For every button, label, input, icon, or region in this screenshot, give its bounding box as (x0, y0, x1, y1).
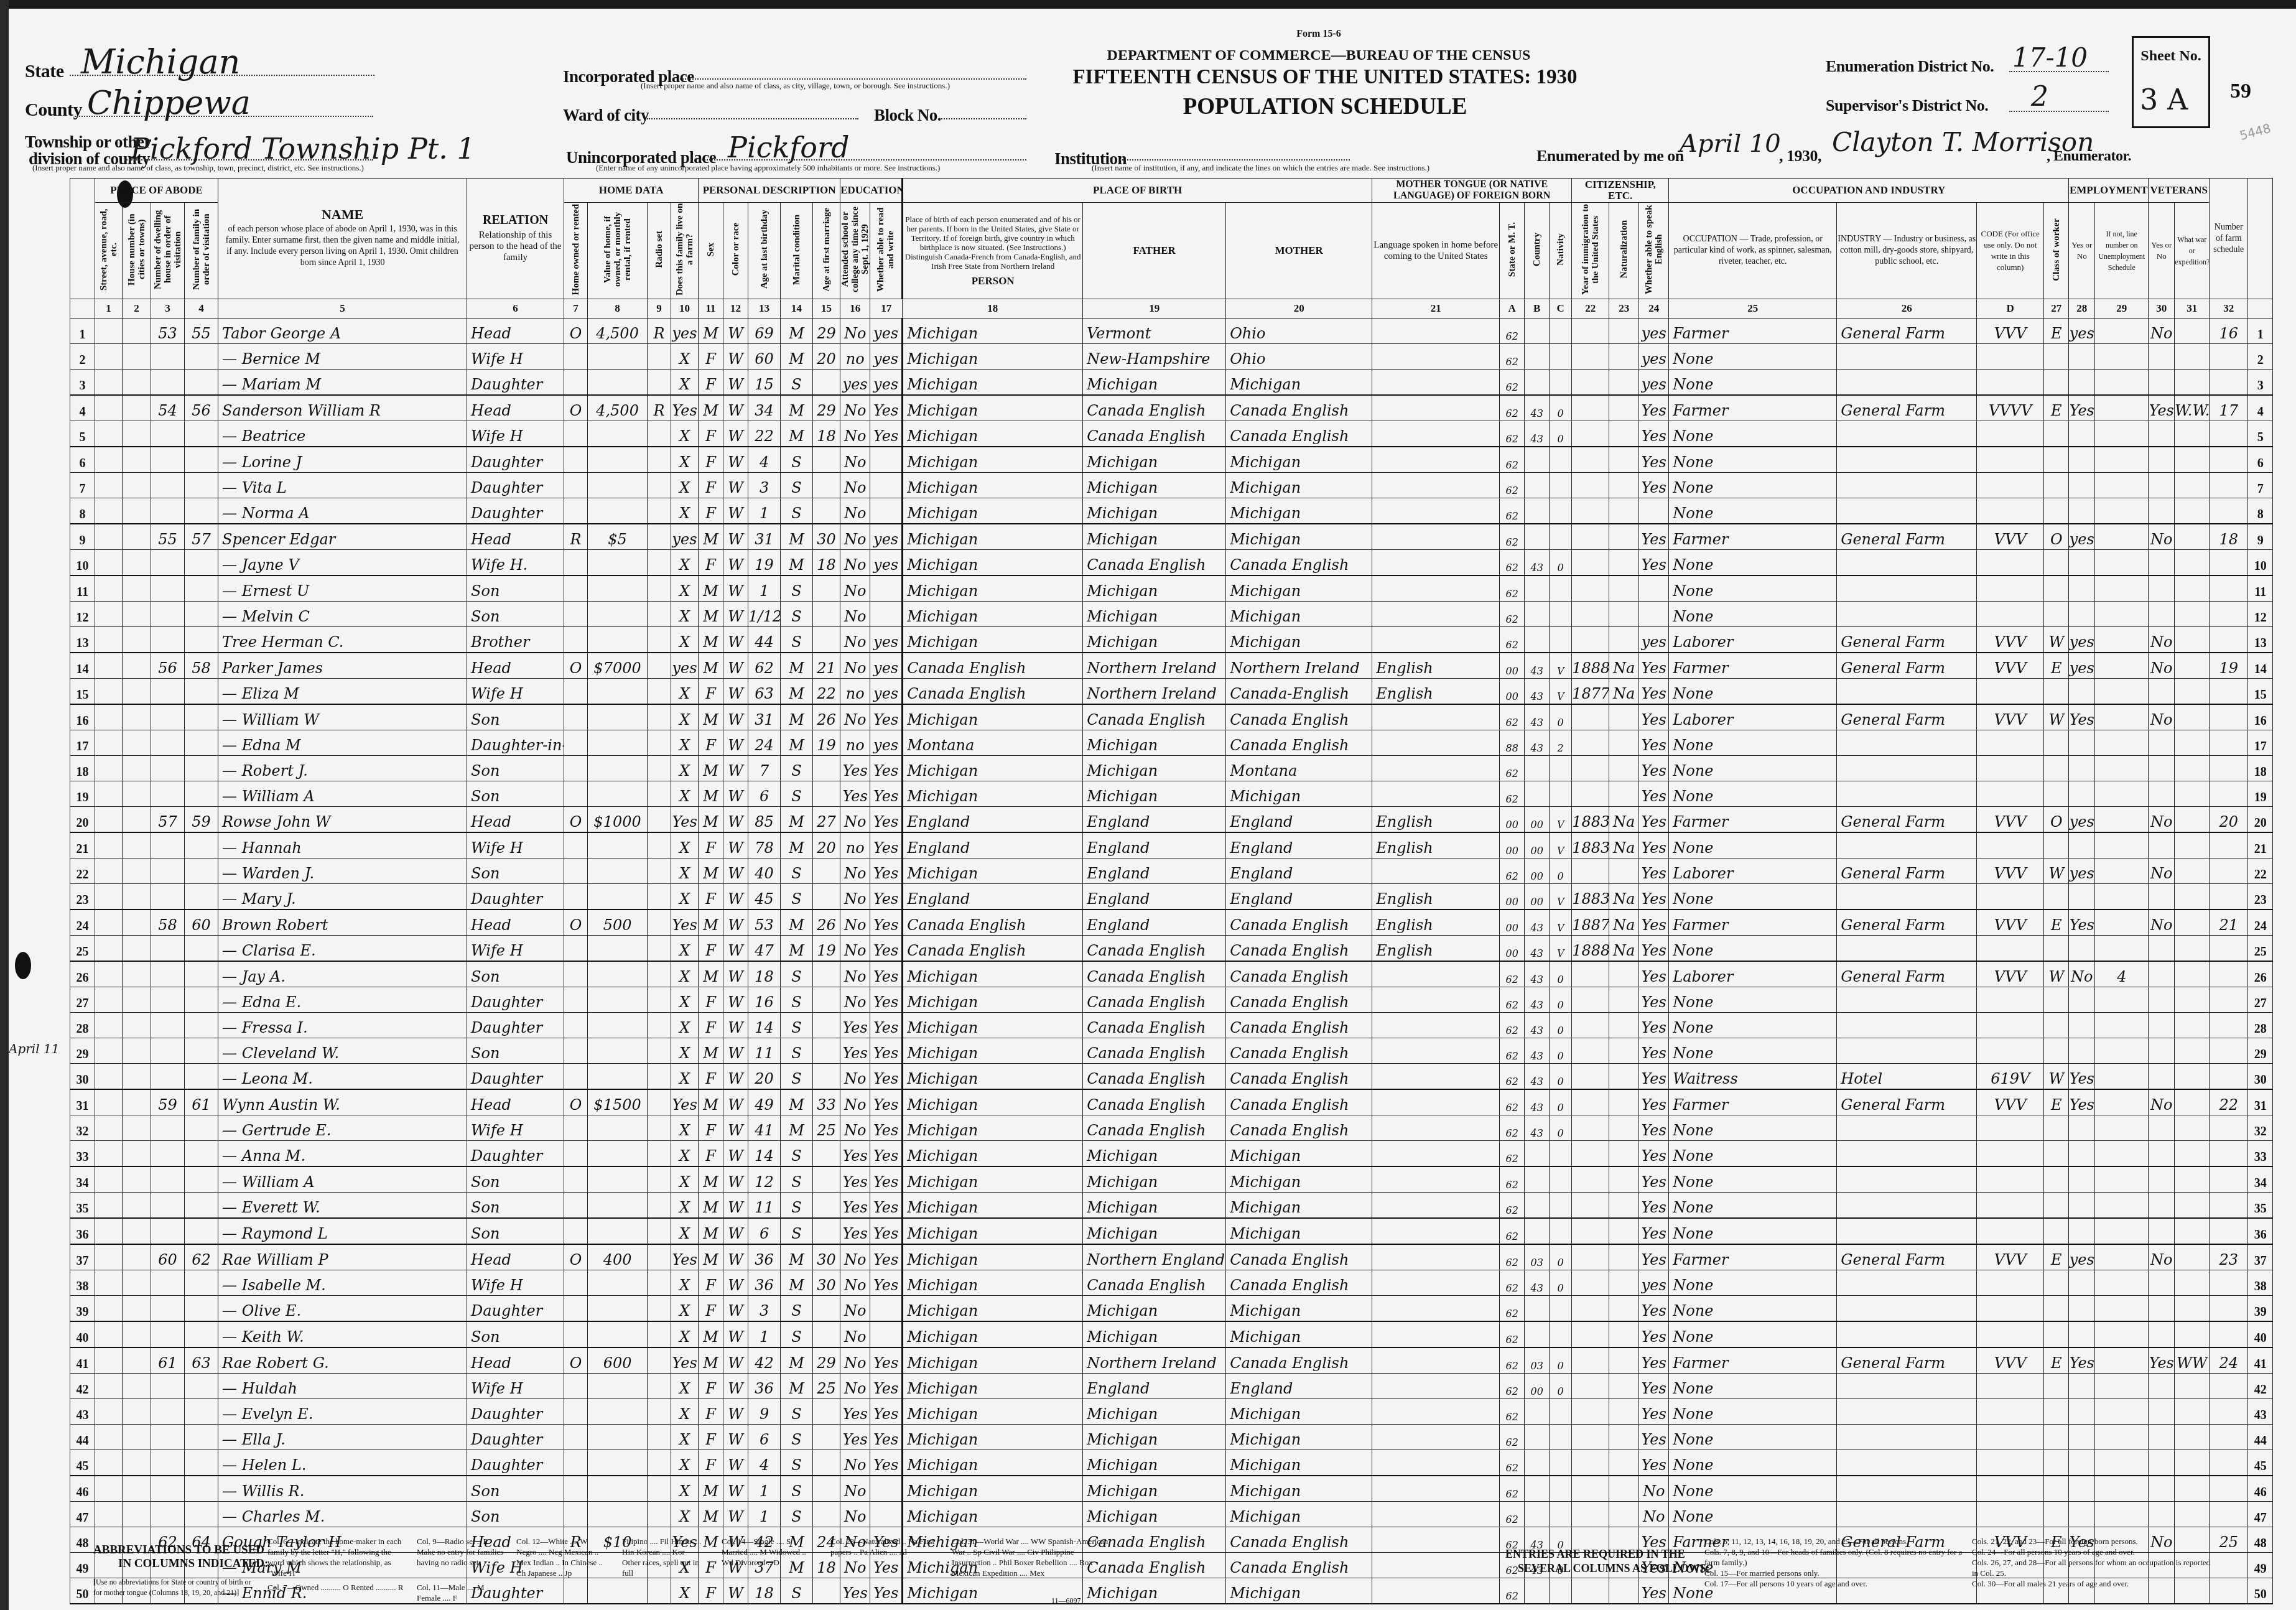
line-number-header (70, 179, 95, 299)
occupation: None (1669, 987, 1837, 1013)
read-write: Yes (870, 421, 903, 447)
group-personal-description: PERSONAL DESCRIPTION (699, 179, 840, 203)
marital-status: M (781, 1374, 813, 1399)
mother-tongue (1372, 473, 1500, 498)
farm-schedule (2210, 704, 2248, 730)
age: 47 (748, 936, 781, 962)
street (95, 370, 123, 396)
radio-set (648, 370, 671, 396)
class-of-worker (2044, 1476, 2069, 1502)
birthplace-person: England (903, 832, 1083, 859)
age-first-marriage: 22 (813, 679, 840, 705)
table-row: 26— Jay A.SonXMW18SNoYesMichiganCanada E… (70, 961, 2273, 987)
at-work (2069, 756, 2095, 781)
veteran (2149, 1296, 2175, 1322)
farm-schedule (2210, 1141, 2248, 1167)
radio-set (648, 987, 671, 1013)
radio-set (648, 1166, 671, 1193)
house-number (123, 1166, 151, 1193)
at-work: yes (2069, 653, 2095, 679)
speak-english: Yes (1639, 421, 1669, 447)
county-value: Chippewa (87, 85, 251, 122)
mother-tongue (1372, 1089, 1500, 1115)
farm-schedule (2210, 936, 2248, 962)
occupation: Laborer (1669, 961, 1837, 987)
relation: Daughter (467, 498, 564, 524)
at-work (2069, 884, 2095, 910)
relation: Son (467, 1038, 564, 1064)
group-place-of-birth: PLACE OF BIRTH (903, 179, 1372, 203)
industry (1837, 884, 1977, 910)
naturalization: Na (1609, 653, 1639, 679)
code-country (1525, 781, 1550, 807)
occupation: Farmer (1669, 1089, 1837, 1115)
enumerated-year: , 1930, (1779, 147, 1821, 165)
at-work (2069, 1013, 2095, 1038)
immigration-year (1572, 550, 1609, 576)
marital-status: S (781, 1399, 813, 1425)
code-state: 00 (1500, 832, 1525, 859)
code-country (1525, 1321, 1550, 1347)
age: 20 (748, 1064, 781, 1090)
read-write: Yes (870, 832, 903, 859)
table-row: 45456Sanderson William RHeadO4,500RYesMW… (70, 395, 2273, 421)
race: W (723, 524, 748, 550)
farm: X (671, 602, 699, 627)
naturalization (1609, 961, 1639, 987)
veteran (2149, 550, 2175, 576)
veteran (2149, 1013, 2175, 1038)
unemployment-line (2095, 550, 2149, 576)
occupation: Farmer (1669, 1244, 1837, 1270)
naturalization (1609, 1425, 1639, 1450)
mother-tongue (1372, 1244, 1500, 1270)
sex: F (699, 370, 723, 396)
code-country (1525, 473, 1550, 498)
line-number: 36 (70, 1218, 95, 1244)
sex: M (699, 1476, 723, 1502)
attended-school: No (840, 1450, 870, 1476)
birthplace-father: England (1083, 1374, 1226, 1399)
age-first-marriage (813, 1321, 840, 1347)
unemployment-line (2095, 1425, 2149, 1450)
radio-set (648, 550, 671, 576)
race: W (723, 1270, 748, 1296)
attended-school: No (840, 1321, 870, 1347)
class-of-worker (2044, 1296, 2069, 1322)
relation: Wife H. (467, 550, 564, 576)
veteran: Yes (2149, 1347, 2175, 1374)
immigration-year (1572, 1296, 1609, 1322)
enumeration-district-value: 17-10 (2012, 42, 2088, 73)
industry (1837, 679, 1977, 705)
dwelling-number (151, 1270, 185, 1296)
person-name: — Cleveland W. (218, 1038, 467, 1064)
unemployment-line (2095, 1270, 2149, 1296)
column-number: 11 (699, 299, 723, 319)
occupation-code (1977, 602, 2044, 627)
race: W (723, 344, 748, 370)
dwelling-number (151, 1502, 185, 1527)
person-name: — Beatrice (218, 421, 467, 447)
birthplace-father: Michigan (1083, 447, 1226, 473)
occupation: Farmer (1669, 1347, 1837, 1374)
birthplace-father: Canada English (1083, 936, 1226, 962)
family-number (185, 1502, 218, 1527)
attended-school: No (840, 524, 870, 550)
column-number: 29 (2095, 299, 2149, 319)
radio-set (648, 421, 671, 447)
relation: Daughter (467, 1425, 564, 1450)
line-number: 7 (70, 473, 95, 498)
marital-status: S (781, 1141, 813, 1167)
home-value (588, 1270, 648, 1296)
dwelling-number (151, 370, 185, 396)
war (2175, 498, 2210, 524)
farm-schedule (2210, 987, 2248, 1013)
race: W (723, 1244, 748, 1270)
industry: General Farm (1837, 910, 1977, 936)
street (95, 1296, 123, 1322)
street (95, 627, 123, 653)
birthplace-father: Michigan (1083, 1399, 1226, 1425)
farm-schedule: 20 (2210, 807, 2248, 833)
occupation-code (1977, 832, 2044, 859)
house-number (123, 884, 151, 910)
read-write: yes (870, 653, 903, 679)
birthplace-person: Michigan (903, 1476, 1083, 1502)
home-value (588, 473, 648, 498)
occupation-code (1977, 1218, 2044, 1244)
code-state: 00 (1500, 936, 1525, 962)
occupation: Farmer (1669, 395, 1837, 421)
attended-school: No (840, 704, 870, 730)
mother-tongue (1372, 1115, 1500, 1141)
dwelling-number (151, 1296, 185, 1322)
birthplace-mother: Michigan (1226, 627, 1372, 653)
unemployment-line (2095, 1321, 2149, 1347)
code-nativity: V (1550, 832, 1572, 859)
age: 11 (748, 1038, 781, 1064)
birthplace-father: Canada English (1083, 1038, 1226, 1064)
age-first-marriage (813, 1450, 840, 1476)
birthplace-father: Canada English (1083, 987, 1226, 1013)
home-value (588, 859, 648, 884)
class-of-worker (2044, 1270, 2069, 1296)
race: W (723, 1502, 748, 1527)
occupation-code (1977, 781, 2044, 807)
house-number (123, 961, 151, 987)
birthplace-mother: Ohio (1226, 319, 1372, 344)
relation: Wife H (467, 936, 564, 962)
read-write (870, 498, 903, 524)
sex: F (699, 447, 723, 473)
farm: X (671, 575, 699, 602)
radio-set (648, 498, 671, 524)
occupation: Laborer (1669, 627, 1837, 653)
industry: Hotel (1837, 1064, 1977, 1090)
birthplace-mother: Canada English (1226, 987, 1372, 1013)
immigration-year (1572, 987, 1609, 1013)
farm-schedule (2210, 1064, 2248, 1090)
person-name: — Fressa I. (218, 1013, 467, 1038)
age-first-marriage (813, 473, 840, 498)
occupation-code: VVV (1977, 653, 2044, 679)
war (2175, 807, 2210, 833)
township-note: (Insert proper name and also name of cla… (32, 163, 364, 173)
marital-status: M (781, 807, 813, 833)
ward-line (647, 118, 858, 119)
code-country: 43 (1525, 730, 1550, 756)
age-first-marriage (813, 884, 840, 910)
birthplace-person: Michigan (903, 319, 1083, 344)
attended-school: No (840, 807, 870, 833)
naturalization (1609, 1218, 1639, 1244)
age-first-marriage (813, 627, 840, 653)
sex: M (699, 859, 723, 884)
code-state: 62 (1500, 498, 1525, 524)
class-of-worker (2044, 447, 2069, 473)
marital-status: M (781, 344, 813, 370)
supervisor-district-value: 2 (2031, 81, 2048, 113)
sex: F (699, 1115, 723, 1141)
age-first-marriage (813, 1425, 840, 1450)
farm: X (671, 936, 699, 962)
code-nativity (1550, 524, 1572, 550)
family-number: 61 (185, 1089, 218, 1115)
immigration-year (1572, 344, 1609, 370)
mother-tongue (1372, 1450, 1500, 1476)
farm: X (671, 1064, 699, 1090)
occupation-code (1977, 1270, 2044, 1296)
occupation-code: VVV (1977, 1244, 2044, 1270)
race: W (723, 395, 748, 421)
home-owned (564, 1115, 588, 1141)
column-number: 8 (588, 299, 648, 319)
veteran (2149, 1374, 2175, 1399)
sex: M (699, 807, 723, 833)
street (95, 421, 123, 447)
home-value: 500 (588, 910, 648, 936)
age-first-marriage (813, 1013, 840, 1038)
birthplace-mother: Canada English (1226, 395, 1372, 421)
naturalization: Na (1609, 832, 1639, 859)
mother-tongue (1372, 1425, 1500, 1450)
birthplace-mother: Michigan (1226, 1166, 1372, 1193)
house-number (123, 832, 151, 859)
birthplace-mother: Michigan (1226, 498, 1372, 524)
veteran (2149, 1476, 2175, 1502)
at-work (2069, 1193, 2095, 1219)
line-number: 30 (70, 1064, 95, 1090)
at-work: yes (2069, 319, 2095, 344)
sex: M (699, 653, 723, 679)
attended-school: no (840, 832, 870, 859)
farm: X (671, 1115, 699, 1141)
col18-header: Place of birth of each person enumerated… (903, 203, 1083, 299)
line-number: 17 (70, 730, 95, 756)
col8-header: Value of home, if owned, or monthly rent… (588, 203, 648, 299)
industry (1837, 1450, 1977, 1476)
race: W (723, 1115, 748, 1141)
entries-title-2: SEVERAL COLUMNS AS FOLLOWS: (1518, 1563, 1710, 1574)
naturalization (1609, 1347, 1639, 1374)
line-number-right: 42 (2248, 1374, 2273, 1399)
house-number (123, 987, 151, 1013)
naturalization (1609, 319, 1639, 344)
industry (1837, 1425, 1977, 1450)
mother-tongue (1372, 319, 1500, 344)
birthplace-father: Canada English (1083, 421, 1226, 447)
home-value (588, 1115, 648, 1141)
race: W (723, 370, 748, 396)
radio-set (648, 1321, 671, 1347)
marital-status: S (781, 447, 813, 473)
home-owned (564, 447, 588, 473)
house-number (123, 1476, 151, 1502)
read-write (870, 1502, 903, 1527)
column-number: D (1977, 299, 2044, 319)
unemployment-line (2095, 704, 2149, 730)
relation: Head (467, 395, 564, 421)
house-number (123, 1064, 151, 1090)
code-country: 43 (1525, 1089, 1550, 1115)
marital-status: M (781, 730, 813, 756)
supervisor-district-label: Supervisor's District No. (1826, 96, 1988, 115)
family-number (185, 1476, 218, 1502)
home-value (588, 987, 648, 1013)
mother-tongue (1372, 1166, 1500, 1193)
code-nativity: 0 (1550, 1374, 1572, 1399)
industry (1837, 575, 1977, 602)
entries-rule-8: Col. 30—For all males 21 years of age an… (1972, 1578, 2215, 1589)
farm: X (671, 781, 699, 807)
immigration-year (1572, 1425, 1609, 1450)
code-nativity: 0 (1550, 1064, 1572, 1090)
family-number (185, 987, 218, 1013)
speak-english: yes (1639, 319, 1669, 344)
age-first-marriage (813, 859, 840, 884)
read-write (870, 1321, 903, 1347)
farm: X (671, 550, 699, 576)
attended-school: No (840, 1089, 870, 1115)
dwelling-number (151, 627, 185, 653)
person-name: — Lorine J (218, 447, 467, 473)
veteran (2149, 884, 2175, 910)
column-number: 22 (1572, 299, 1609, 319)
speak-english: Yes (1639, 859, 1669, 884)
occupation-code (1977, 1425, 2044, 1450)
occupation-code (1977, 679, 2044, 705)
mother-tongue (1372, 987, 1500, 1013)
sex: M (699, 395, 723, 421)
farm-schedule (2210, 1399, 2248, 1425)
attended-school: No (840, 627, 870, 653)
unemployment-line (2095, 1089, 2149, 1115)
naturalization (1609, 1450, 1639, 1476)
line-number-right: 25 (2248, 936, 2273, 962)
home-owned (564, 1193, 588, 1219)
immigration-year (1572, 859, 1609, 884)
home-value: $7000 (588, 653, 648, 679)
home-owned: O (564, 807, 588, 833)
class-of-worker: E (2044, 1089, 2069, 1115)
at-work: No (2069, 961, 2095, 987)
farm-schedule (2210, 370, 2248, 396)
speak-english: Yes (1639, 1038, 1669, 1064)
person-name: — William A (218, 1166, 467, 1193)
at-work (2069, 1166, 2095, 1193)
age: 53 (748, 910, 781, 936)
home-owned (564, 1399, 588, 1425)
sex: M (699, 756, 723, 781)
group-occupation-industry: OCCUPATION AND INDUSTRY (1669, 179, 2069, 203)
home-owned (564, 473, 588, 498)
unemployment-line (2095, 859, 2149, 884)
institution-line (1120, 159, 1350, 161)
person-name: — Gertrude E. (218, 1115, 467, 1141)
war (2175, 1038, 2210, 1064)
unemployment-line (2095, 344, 2149, 370)
immigration-year (1572, 1115, 1609, 1141)
age-first-marriage: 26 (813, 910, 840, 936)
unemployment-line (2095, 1347, 2149, 1374)
birthplace-person: Michigan (903, 1244, 1083, 1270)
immigration-year (1572, 1476, 1609, 1502)
read-write: Yes (870, 1141, 903, 1167)
col1-header: Street, avenue, road, etc. (95, 203, 123, 299)
relation: Daughter (467, 473, 564, 498)
house-number (123, 1038, 151, 1064)
occupation: None (1669, 1374, 1837, 1399)
house-number (123, 498, 151, 524)
farm-schedule: 23 (2210, 1244, 2248, 1270)
col19-header: FATHER (1083, 203, 1226, 299)
home-value (588, 575, 648, 602)
war (2175, 1013, 2210, 1038)
colC-header: Nativity (1550, 203, 1572, 299)
code-nativity: 0 (1550, 1115, 1572, 1141)
mother-tongue (1372, 627, 1500, 653)
code-nativity (1550, 1193, 1572, 1219)
age-first-marriage (813, 1038, 840, 1064)
family-number (185, 859, 218, 884)
marital-status: M (781, 319, 813, 344)
code-country: 00 (1525, 859, 1550, 884)
line-number-right: 31 (2248, 1089, 2273, 1115)
unemployment-line (2095, 1115, 2149, 1141)
house-number (123, 1013, 151, 1038)
age-first-marriage (813, 756, 840, 781)
veteran (2149, 370, 2175, 396)
at-work (2069, 781, 2095, 807)
farm: X (671, 1193, 699, 1219)
code-state: 62 (1500, 575, 1525, 602)
relation: Son (467, 1166, 564, 1193)
person-name: — Vita L (218, 473, 467, 498)
home-owned (564, 1166, 588, 1193)
line-number: 23 (70, 884, 95, 910)
radio-set (648, 653, 671, 679)
code-country: 43 (1525, 421, 1550, 447)
farm: X (671, 473, 699, 498)
farm: X (671, 1013, 699, 1038)
family-number (185, 679, 218, 705)
read-write: yes (870, 550, 903, 576)
birthplace-mother: Canada English (1226, 730, 1372, 756)
line-number: 45 (70, 1450, 95, 1476)
dwelling-number (151, 1038, 185, 1064)
